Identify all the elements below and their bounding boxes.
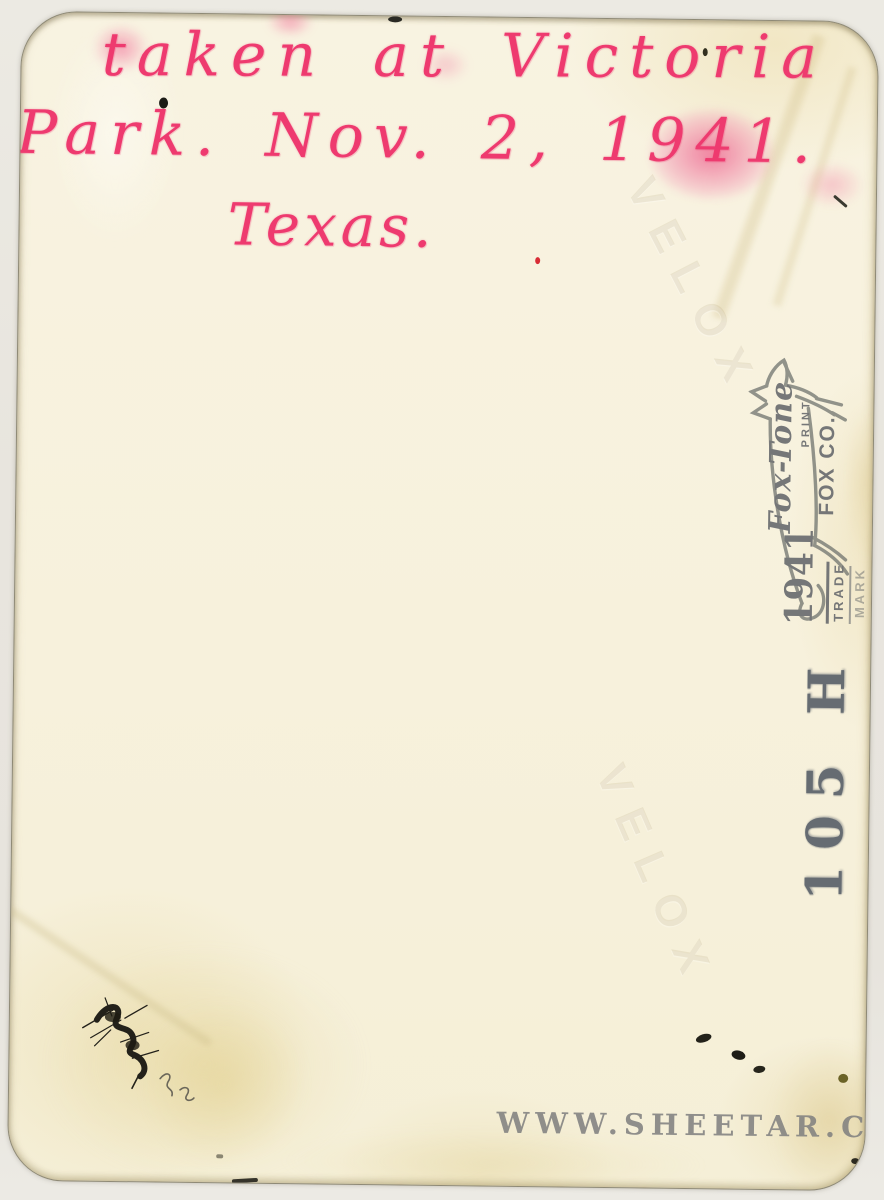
handwriting-line-2: Park. Nov. 2, 1941.: [16, 98, 821, 178]
blemish: [731, 1049, 747, 1061]
code-stamp: 105 H: [794, 630, 867, 901]
crease-line: [772, 66, 857, 307]
fox-tone-stamp: 1941 TRADE MARK Fox-Tone PRINT FOX CO.: [746, 325, 870, 626]
stamp-trade: TRADE: [831, 562, 847, 622]
stamp-brand: Fox-Tone: [763, 381, 800, 534]
site-watermark: WWW.SHEETAR.COM: [496, 1106, 879, 1145]
photo-back-card: VELOX VELOX taken at Victoria Park. Nov.…: [7, 11, 879, 1191]
stamp-year: 1941: [776, 526, 822, 625]
blemish: [535, 257, 540, 264]
blemish: [232, 1178, 258, 1183]
stamp-print: PRINT: [800, 399, 813, 447]
blemish: [216, 1154, 223, 1158]
handwriting-line-3: Texas.: [227, 190, 436, 261]
stamp-mark: MARK: [852, 567, 868, 618]
blemish: [838, 1074, 848, 1083]
velox-paper-watermark: VELOX: [585, 757, 726, 996]
handwriting-line-1: taken at Victoria: [102, 20, 829, 93]
stamp-company: FOX CO.: [815, 415, 840, 516]
velox-paper-watermark: VELOX: [616, 170, 770, 405]
ink-scribble: [80, 992, 206, 1112]
blemish: [833, 195, 848, 208]
blemish: [851, 1158, 859, 1164]
blemish: [753, 1065, 766, 1073]
scanner-background: VELOX VELOX taken at Victoria Park. Nov.…: [0, 0, 884, 1200]
blemish: [695, 1032, 713, 1044]
